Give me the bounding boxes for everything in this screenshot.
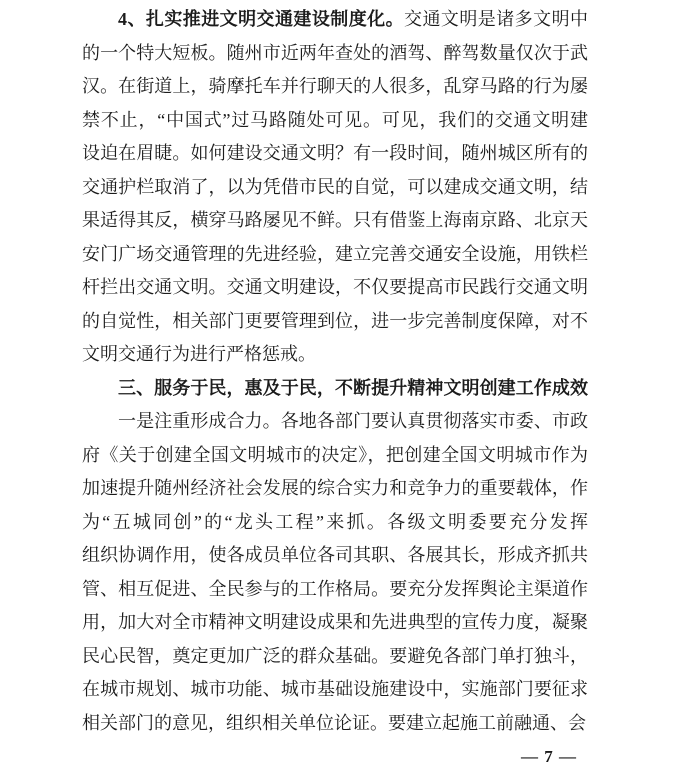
text-line: 的自觉性，相关部门更要管理到位，进一步完善制度保障，对不 — [82, 305, 588, 339]
text-line: 加速提升随州经济社会发展的综合实力和竞争力的重要载体，作 — [82, 472, 588, 506]
text-line: 交通护栏取消了，以为凭借市民的自觉，可以建成交通文明，结 — [82, 171, 588, 205]
text-line: 府《关于创建全国文明城市的决定》，把创建全国文明城市作为 — [82, 439, 588, 473]
text-line: 设迫在眉睫。如何建设交通文明？有一段时间，随州城区所有的 — [82, 137, 588, 171]
document-page: 4、扎实推进文明交通建设制度化。交通文明是诸多文明中 的一个特大短板。随州市近两… — [0, 0, 677, 780]
text-line: 民心民智，奠定更加广泛的群众基础。要避免各部门单打独斗， — [82, 640, 588, 674]
text-line: 为“五城同创”的“龙头工程”来抓。各级文明委要充分发挥 — [82, 506, 588, 540]
text-line: 安门广场交通管理的先进经验，建立完善交通安全设施，用铁栏 — [82, 238, 588, 272]
text-line: 用，加大对全市精神文明建设成果和先进典型的宣传力度，凝聚 — [82, 606, 588, 640]
paragraph-lines: 一是注重形成合力。各地各部门要认真贯彻落实市委、市政府《关于创建全国文明城市的决… — [82, 405, 588, 740]
lead-phrase: 4、扎实推进文明交通建设制度化。 — [118, 9, 404, 29]
text-line: 汉。在街道上，骑摩托车并行聊天的人很多，乱穿马路的行为屡 — [82, 70, 588, 104]
text-line: 一是注重形成合力。各地各部门要认真贯彻落实市委、市政 — [82, 405, 588, 439]
paragraph-traffic-civility: 4、扎实推进文明交通建设制度化。交通文明是诸多文明中 的一个特大短板。随州市近两… — [82, 3, 588, 372]
lead-rest: 交通文明是诸多文明中 — [404, 9, 588, 29]
text-line-first: 4、扎实推进文明交通建设制度化。交通文明是诸多文明中 — [82, 3, 588, 37]
text-line: 的一个特大短板。随州市近两年查处的酒驾、醉驾数量仅次于武 — [82, 37, 588, 71]
text-line: 在城市规划、城市功能、城市基础设施建设中，实施部门要征求 — [82, 673, 588, 707]
text-line: 组织协调作用，使各成员单位各司其职、各展其长，形成齐抓共 — [82, 539, 588, 573]
paragraph-lines: 的一个特大短板。随州市近两年查处的酒驾、醉驾数量仅次于武汉。在街道上，骑摩托车并… — [82, 37, 588, 372]
page-number: — 7 — — [521, 747, 577, 767]
text-line: 相关部门的意见，组织相关单位论证。要建立起施工前融通、会 — [82, 707, 588, 741]
text-line: 杆拦出交通文明。交通文明建设，不仅要提高市民践行交通文明 — [82, 271, 588, 305]
section-heading: 三、服务于民，惠及于民，不断提升精神文明创建工作成效 — [82, 372, 588, 406]
text-line: 管、相互促进、全民参与的工作格局。要充分发挥舆论主渠道作 — [82, 573, 588, 607]
text-line: 禁不止，“中国式”过马路随处可见。可见，我们的交通文明建 — [82, 104, 588, 138]
paragraph-joint-effort: 一是注重形成合力。各地各部门要认真贯彻落实市委、市政府《关于创建全国文明城市的决… — [82, 405, 588, 740]
text-line: 果适得其反，横穿马路屡见不鲜。只有借鉴上海南京路、北京天 — [82, 204, 588, 238]
text-line: 文明交通行为进行严格惩戒。 — [82, 338, 588, 372]
document-body: 4、扎实推进文明交通建设制度化。交通文明是诸多文明中 的一个特大短板。随州市近两… — [82, 3, 588, 740]
